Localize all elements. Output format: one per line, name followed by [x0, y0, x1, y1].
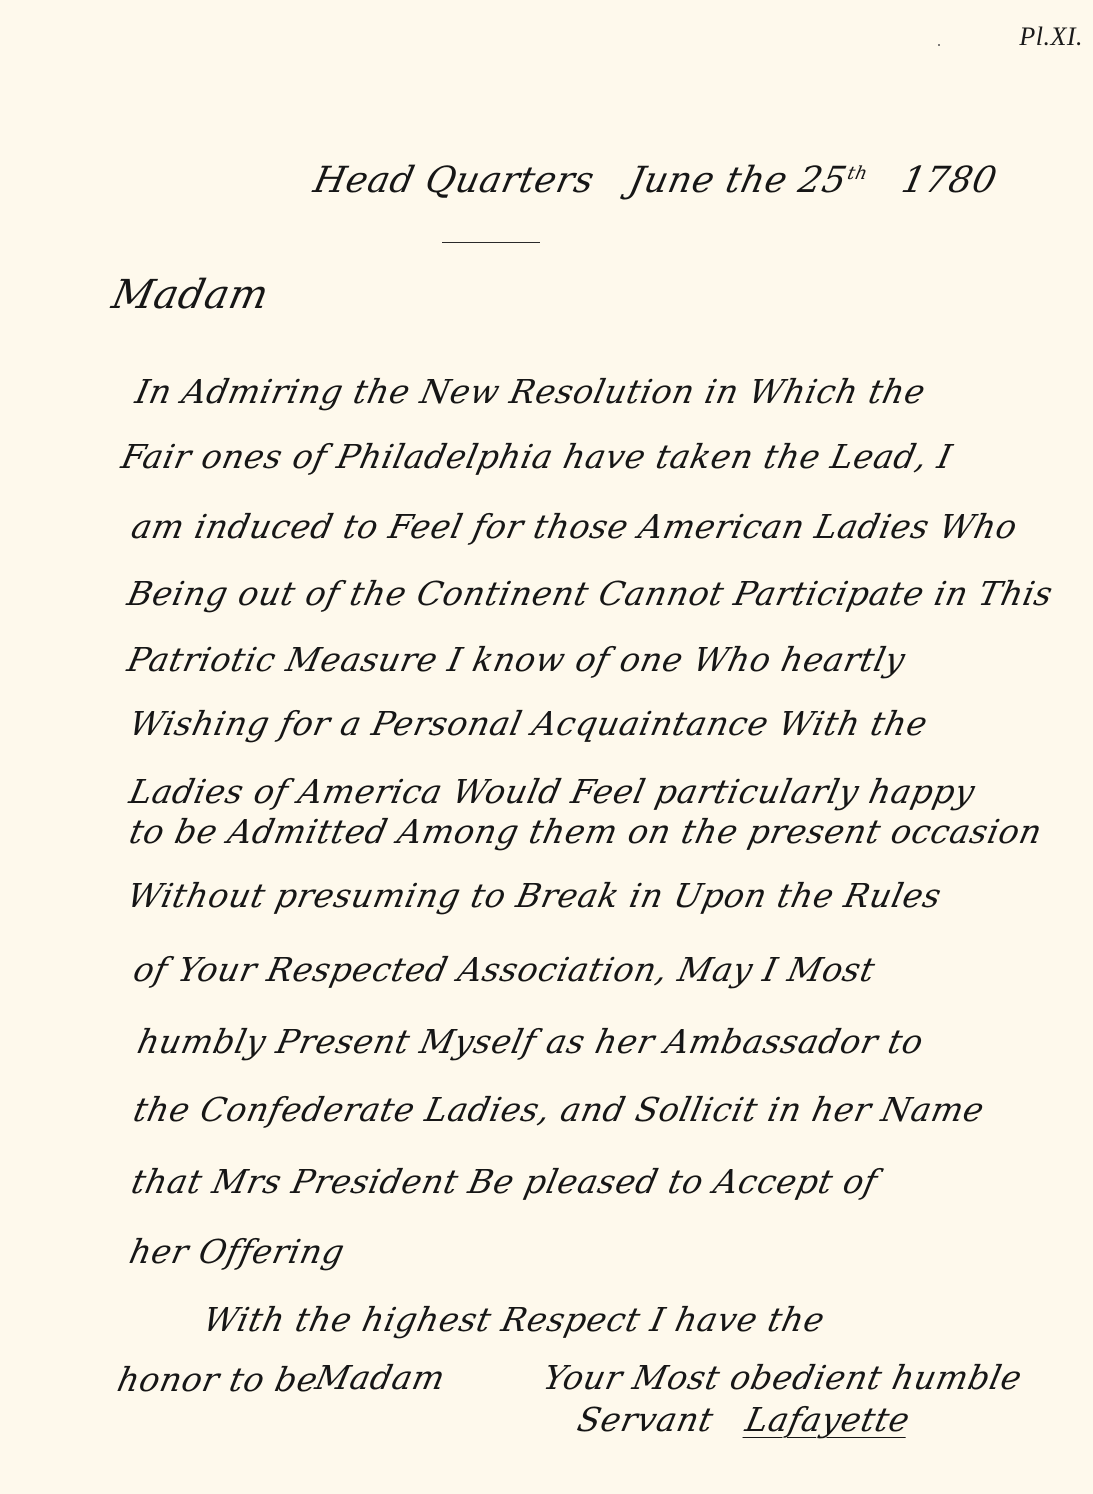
- closing-servant-line: Servant Lafayette: [574, 1400, 914, 1439]
- body-line-3: am induced to Feel for those American La…: [128, 507, 1021, 546]
- plate-label: Pl.XI.: [1019, 22, 1083, 52]
- body-line-6: Wishing for a Personal Acquaintance With…: [126, 704, 931, 743]
- heading-date-suffix: th: [845, 163, 869, 184]
- body-line-14: her Offering: [126, 1232, 348, 1271]
- closing-madam: Madam: [312, 1358, 449, 1397]
- body-line-8: to be Admitted Among them on the present…: [126, 812, 1046, 851]
- body-line-11: humbly Present Myself as her Ambassador …: [134, 1022, 927, 1061]
- signature: Lafayette: [742, 1400, 913, 1439]
- body-line-9: Without presuming to Break in Upon the R…: [124, 876, 945, 915]
- body-line-7: Ladies of America Would Feel particularl…: [126, 772, 979, 811]
- ink-speck: [938, 44, 940, 46]
- heading-place: Head Quarters: [310, 160, 598, 201]
- heading-underline: [442, 242, 540, 243]
- body-line-12: the Confederate Ladies, and Sollicit in …: [130, 1090, 988, 1129]
- letter-heading: Head Quarters June the 25th 1780: [310, 160, 1001, 201]
- body-line-13: that Mrs President Be pleased to Accept …: [128, 1162, 881, 1201]
- body-line-10: of Your Respected Association, May I Mos…: [130, 950, 879, 989]
- body-line-1: In Admiring the New Resolution in Which …: [132, 372, 929, 411]
- heading-date: June the 25: [625, 160, 850, 201]
- closing-obedient: Your Most obedient humble: [540, 1358, 1026, 1397]
- body-line-2: Fair ones of Philadelphia have taken the…: [118, 437, 956, 476]
- salutation: Madam: [108, 272, 273, 318]
- body-line-4: Being out of the Continent Cannot Partic…: [124, 574, 1056, 613]
- body-line-5: Patriotic Measure I know of one Who hear…: [124, 640, 909, 679]
- closing-honor: honor to be: [114, 1360, 322, 1399]
- closing-line-1: With the highest Respect I have the: [200, 1300, 828, 1339]
- closing-servant: Servant: [574, 1400, 717, 1439]
- heading-year: 1780: [898, 160, 1001, 201]
